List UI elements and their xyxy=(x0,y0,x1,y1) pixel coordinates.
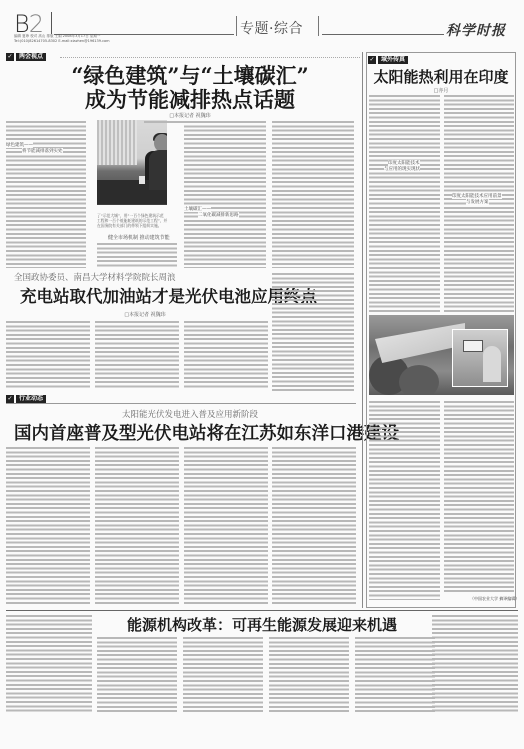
section-label: 专题·综合 xyxy=(240,18,303,38)
lead-subhead-3: 二氧化碳减排新思路 xyxy=(198,212,239,218)
solar-photo xyxy=(369,315,514,395)
masthead-rule xyxy=(322,34,444,35)
india-byline: □亦月 xyxy=(366,87,516,94)
lead-subhead-1: 将节能减排落到实处 xyxy=(22,148,63,154)
charging-byline: □本报记者 祝魏玮 xyxy=(20,311,270,318)
reform-column-3 xyxy=(183,636,263,714)
tag-label: 域外传真 xyxy=(378,56,408,64)
reform-column-5 xyxy=(355,636,435,714)
meeting-photo xyxy=(97,120,167,205)
section-rule xyxy=(6,403,356,404)
photo-caption-top xyxy=(144,120,184,125)
india-headline: 太阳能热利用在印度 xyxy=(366,66,516,87)
charging-column-2 xyxy=(95,320,179,390)
newspaper-page: B2 专题·综合 科学时报 编辑 夏珍 校对 高山 排版 王娟 2008年3月1… xyxy=(0,0,524,749)
lead-column-2 xyxy=(97,242,177,268)
lead-byline: □本报记者 祝魏玮 xyxy=(20,112,360,119)
reform-headline: 能源机构改革：可再生能源发展迎来机遇 xyxy=(110,614,414,635)
pv-kicker: 太阳能光伏发电进入普及应用新阶段 xyxy=(20,408,360,420)
pv-column-1 xyxy=(6,446,90,604)
reform-column-2 xyxy=(97,636,177,714)
lead-column-4 xyxy=(272,120,354,268)
charging-column-side xyxy=(272,272,354,392)
pv-column-3 xyxy=(184,446,268,604)
masthead: B2 专题·综合 科学时报 编辑 夏珍 校对 高山 排版 王娟 2008年3月1… xyxy=(14,6,514,40)
lead-headline-line2: 成为节能减排热点话题 xyxy=(20,84,360,114)
divider xyxy=(236,16,237,36)
section-tag-industry: ✓ 行业动态 xyxy=(6,394,46,403)
tag-label: 行业动态 xyxy=(16,395,46,403)
india-column-4 xyxy=(444,400,514,592)
bookmark-icon: ✓ xyxy=(6,395,14,403)
charging-kicker: 全国政协委员、南昌大学材料学院院长周浪 xyxy=(14,271,274,283)
divider xyxy=(51,12,52,34)
bookmark-icon: ✓ xyxy=(368,56,376,64)
lead-subhead-2: 健全市场机制 推动建筑节能 xyxy=(108,234,170,241)
bookmark-icon: ✓ xyxy=(6,53,14,61)
photo-caption-line: 在国务院有关部门的带领下组织实施。 xyxy=(97,223,162,229)
pv-column-2 xyxy=(95,446,179,604)
charging-column-1 xyxy=(6,320,90,390)
pv-column-4 xyxy=(272,446,356,604)
india-subhead-1b: 与应用的现实现状 xyxy=(384,166,420,172)
contact-line: Tel:(010)82614705-8302 E-mail:xiazhen@19… xyxy=(14,39,110,43)
paper-logo: 科学时报 xyxy=(446,20,506,40)
reform-column-right xyxy=(432,614,518,714)
india-column-1 xyxy=(369,94,440,314)
dotted-rule xyxy=(60,57,360,58)
bottom-section-rule xyxy=(6,610,518,611)
reform-column-4 xyxy=(269,636,349,714)
india-credit: （中国农业大学 摘译编辑） xyxy=(470,596,519,602)
divider xyxy=(318,16,319,36)
lead-column-3 xyxy=(184,120,266,268)
section-tag-overseas: ✓ 域外传真 xyxy=(368,55,408,64)
charging-headline: 充电站取代加油站才是光伏电池应用终点 xyxy=(20,283,270,307)
india-subhead-2b: 与发展方案 xyxy=(466,199,489,205)
charging-column-3 xyxy=(184,320,268,390)
column-divider xyxy=(362,52,363,608)
reform-column-left xyxy=(6,614,92,714)
pv-headline: 国内首座普及型光伏电站将在江苏如东洋口港建设 xyxy=(14,420,364,445)
india-column-3 xyxy=(369,400,440,600)
